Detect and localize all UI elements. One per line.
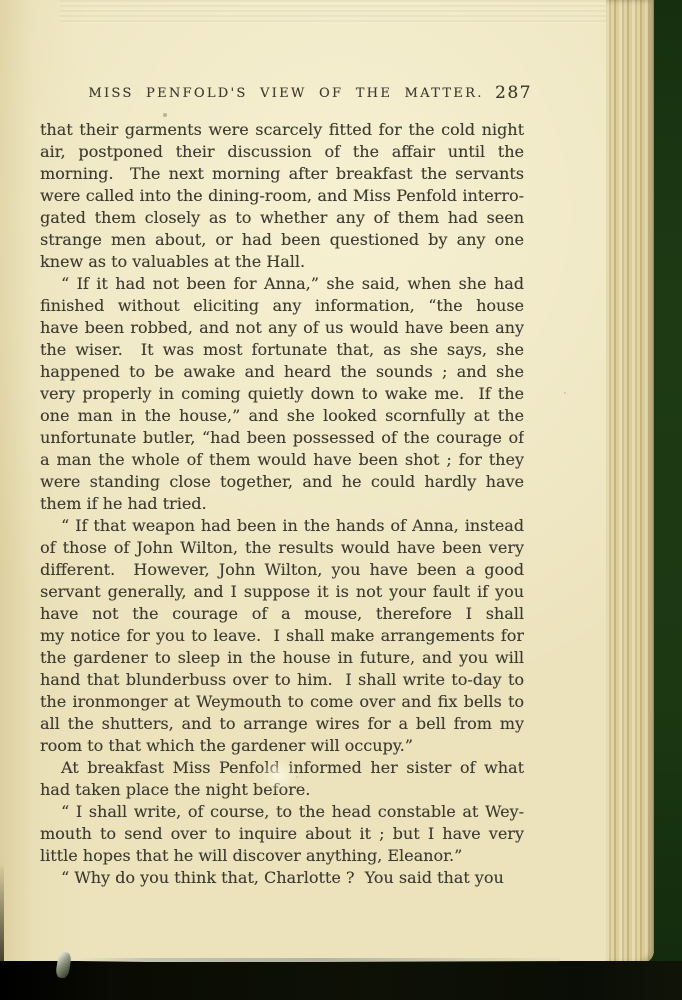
text-line: air, postponed their discussion of the a… bbox=[40, 141, 524, 163]
running-head-title: MISS PENFOLD'S VIEW OF THE MATTER. bbox=[88, 86, 483, 101]
text-line: of those of John Wilton, the results wou… bbox=[40, 537, 524, 559]
text-line: morning. The next morning after breakfas… bbox=[40, 163, 524, 185]
text-line: were standing close together, and he cou… bbox=[40, 471, 524, 493]
text-line: “ I shall write, of course, to the head … bbox=[40, 801, 524, 823]
text-line: unfortunate butler, “had been possessed … bbox=[40, 427, 524, 449]
book-page: MISS PENFOLD'S VIEW OF THE MATTER. 287 t… bbox=[0, 0, 654, 964]
text-line: room to that which the gardener will occ… bbox=[40, 735, 524, 757]
text-line: “ If that weapon had been in the hands o… bbox=[40, 515, 524, 537]
text-line: mouth to send over to inquire about it ;… bbox=[40, 823, 524, 845]
page-header: MISS PENFOLD'S VIEW OF THE MATTER. 287 bbox=[40, 86, 532, 108]
text-line: happened to be awake and heard the sound… bbox=[40, 361, 524, 383]
text-line: have been robbed, and not any of us woul… bbox=[40, 317, 524, 339]
text-line: my notice for you to leave. I shall make… bbox=[40, 625, 524, 647]
text-line: one man in the house,” and she looked sc… bbox=[40, 405, 524, 427]
page-number: 287 bbox=[495, 83, 532, 103]
paper-blotch bbox=[258, 758, 298, 792]
scan-left-shadow bbox=[0, 862, 4, 964]
text-line: “ If it had not been for Anna,” she said… bbox=[40, 273, 524, 295]
text-line: that their garments were scarcely fitted… bbox=[40, 119, 524, 141]
book-page-scan: MISS PENFOLD'S VIEW OF THE MATTER. 287 t… bbox=[0, 0, 682, 1000]
page-edge-stack bbox=[606, 0, 654, 964]
text-line: servant generally, and I suppose it is n… bbox=[40, 581, 524, 603]
text-line: the ironmonger at Weymouth to come over … bbox=[40, 691, 524, 713]
text-line: very properly in coming quietly down to … bbox=[40, 383, 524, 405]
text-line: knew as to valuables at the Hall. bbox=[40, 251, 524, 273]
text-line: have not the courage of a mouse, therefo… bbox=[40, 603, 524, 625]
text-line: the gardener to sleep in the house in fu… bbox=[40, 647, 524, 669]
text-line: them if he had tried. bbox=[40, 493, 524, 515]
text-line: finished without eliciting any informati… bbox=[40, 295, 524, 317]
page-bottom-edge-highlight bbox=[80, 958, 560, 962]
text-line: were called into the dining-room, and Mi… bbox=[40, 185, 524, 207]
text-line: strange men about, or had been questione… bbox=[40, 229, 524, 251]
text-line: the wiser. It was most fortunate that, a… bbox=[40, 339, 524, 361]
scan-bottom-shadow bbox=[0, 961, 682, 1000]
text-line: gated them closely as to whether any of … bbox=[40, 207, 524, 229]
text-line: different. However, John Wilton, you hav… bbox=[40, 559, 524, 581]
text-line: “ Why do you think that, Charlotte ? You… bbox=[40, 867, 524, 889]
paper-specks bbox=[163, 113, 167, 117]
page-edge-top bbox=[60, 0, 620, 24]
text-line: little hopes that he will discover anyth… bbox=[40, 845, 524, 867]
text-line: a man the whole of them would have been … bbox=[40, 449, 524, 471]
text-line: all the shutters, and to arrange wires f… bbox=[40, 713, 524, 735]
text-line: hand that blunderbuss over to him. I sha… bbox=[40, 669, 524, 691]
